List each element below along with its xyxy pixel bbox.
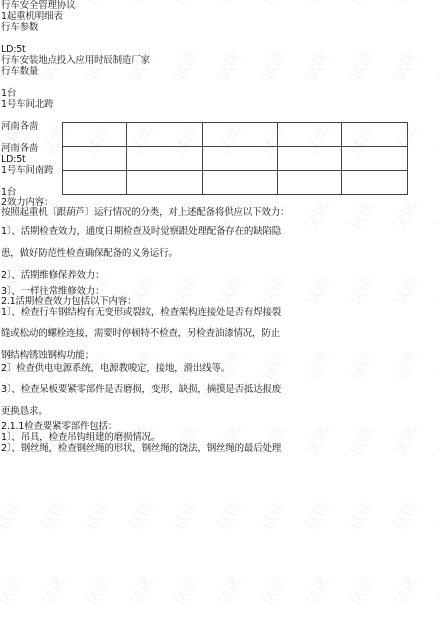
text-line: 1台 xyxy=(1,88,16,99)
table-cell xyxy=(278,147,342,171)
text-line: 行车参数 xyxy=(1,22,38,33)
crane-spec-table xyxy=(62,122,408,195)
text-line: 钢结构锈蚀钢构功能； xyxy=(1,350,94,361)
text-line: 2〕检查供电电源系统，电源教唆定，接地，滑出线等。 xyxy=(1,363,230,374)
table-cell xyxy=(127,171,203,195)
text-line: 1号车间北跨 xyxy=(1,99,53,110)
table-row xyxy=(63,123,408,147)
table-cell xyxy=(63,171,127,195)
text-line: 1号车间南跨 xyxy=(1,165,53,176)
text-line: 1〕、吊具，检查吊钩组建的磨损情况。 xyxy=(1,432,160,443)
table-cell xyxy=(203,147,278,171)
table-cell xyxy=(127,147,203,171)
table-cell xyxy=(127,123,203,147)
text-line: 河南各啬 xyxy=(1,143,38,154)
table-cell xyxy=(342,147,408,171)
text-line: 1起重机明细表 xyxy=(1,11,63,22)
table-cell xyxy=(278,171,342,195)
table-row xyxy=(63,147,408,171)
document-content: 行车安全管理协议1起重机明细表行车参数LD:5t行车安装地点投入应用时辰制造厂家… xyxy=(0,0,440,620)
document-page: 试读试读试读试读试读试读试读试读试读试读试读试读试读试读试读试读试读试读试读试读… xyxy=(0,0,440,620)
text-line: 1〕、活期检查效力，通度日期检查及时觉察跟处理配备存在的缺陷隐 xyxy=(1,226,281,237)
text-line: 2〕、钢丝绳，检查钢丝绳的形状，钢丝绳的饶法，钢丝绳的最后处理 xyxy=(1,443,281,454)
text-line: 行车安装地点投入应用时辰制造厂家 xyxy=(1,55,150,66)
text-line: 3〕、检查呆板要紧零部件是否磨损，变形，缺损，摘摸是否抵达报废 xyxy=(1,384,281,395)
table-cell xyxy=(342,171,408,195)
text-line: 行车安全管理协议 xyxy=(1,0,75,11)
table-row xyxy=(63,171,408,195)
text-line: 2.1.1检查要紧零部件包括： xyxy=(1,421,117,432)
table-cell xyxy=(63,123,127,147)
text-line: LD:5t xyxy=(1,44,26,55)
text-line: 河南各啬 xyxy=(1,121,38,132)
text-line: 2〕、活期维修保养效力： xyxy=(1,270,104,281)
text-line: 行车数量 xyxy=(1,66,38,77)
text-line: 缝或松动的螺栓连接，需要时停顿特不检查，另检查油漆情况，防止 xyxy=(1,328,280,339)
text-line: 2.1活期检查效力包括以下内容： xyxy=(1,296,136,307)
text-line: 更换恳求。 xyxy=(1,406,48,417)
text-line: 按照起重机〔跟葫芦〕运行情况的分类，对上述配备将供应以下效力： xyxy=(1,207,289,218)
text-line: 患，做好防范性检查确保配备的义务运行。 xyxy=(1,248,178,259)
table-cell xyxy=(63,147,127,171)
table-cell xyxy=(203,171,278,195)
table-cell xyxy=(278,123,342,147)
table-cell xyxy=(342,123,408,147)
table-cell xyxy=(203,123,278,147)
text-line: 1〕、检查行车钢结构有无变形或裂纹，检查架构连接处是否有焊接裂 xyxy=(1,307,281,318)
text-line: LD:5t xyxy=(1,154,26,165)
